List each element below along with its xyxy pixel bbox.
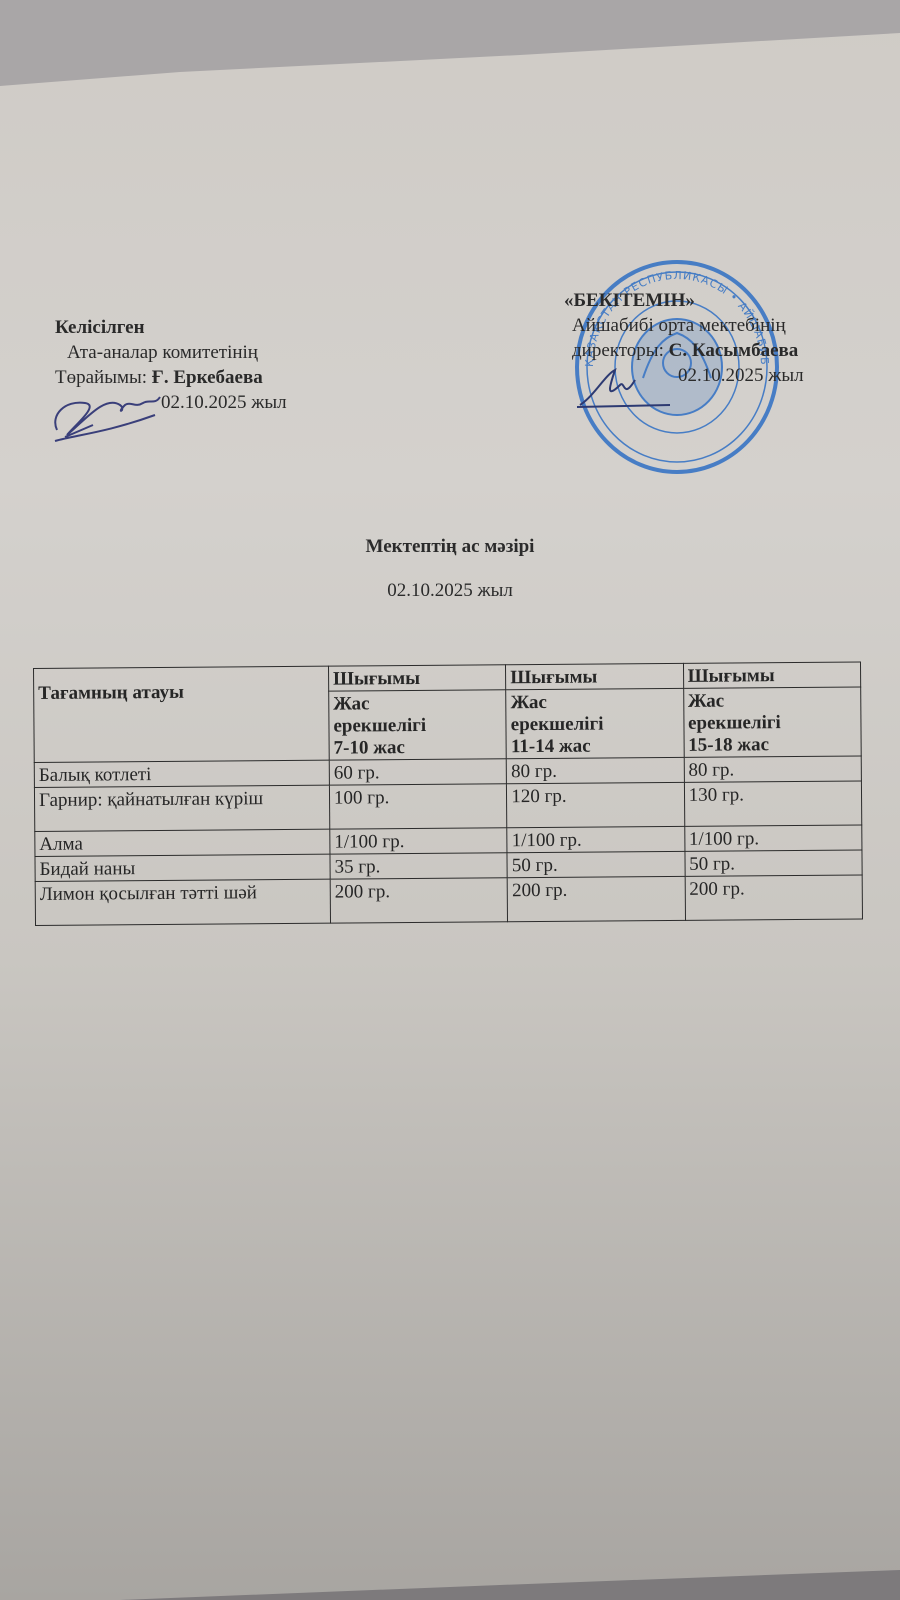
menu-table: Тағамның атауы Шығымы Шығымы Шығымы Жасе… [33,661,863,925]
dish-name: Балық котлеті [34,760,329,787]
dish-amount: 80 гр. [507,757,685,783]
school-line: Айшабибі орта мектебінің [572,313,804,338]
dish-amount: 1/100 гр. [507,826,685,852]
dish-amount: 50 гр. [507,851,685,877]
dish-name: Гарнир: қайнатылған күріш [34,785,329,831]
dish-amount: 1/100 гр. [684,825,862,851]
dish-name: Алма [35,829,330,856]
approved-heading: «БЕКІТЕМІН» [564,288,804,313]
header-age-group: Жасерекшелігі15-18 жас [683,687,861,757]
document-title: Мектептің ас мәзірі [0,536,900,558]
header-yield: Шығымы [506,663,684,689]
director-label: директоры: [572,340,664,361]
header-yield: Шығымы [328,665,506,691]
table-row: Гарнир: қайнатылған күріш 100 гр. 120 гр… [34,781,861,831]
dish-amount: 200 гр. [507,876,685,921]
director-name: С. Касымбаева [669,340,799,361]
dish-amount: 200 гр. [330,878,508,923]
header-dish-name: Тағамның атауы [34,666,330,762]
agreed-heading: Келісілген [55,315,287,340]
header-yield: Шығымы [683,662,861,688]
dish-amount: 50 гр. [685,850,863,876]
document-date: 02.10.2025 жыл [0,580,900,602]
director-line: директоры: С. Касымбаева [572,338,804,363]
dish-amount: 100 гр. [329,784,507,829]
chairperson-name: Ғ. Еркебаева [152,367,263,388]
dish-amount: 130 гр. [684,781,862,826]
dish-amount: 35 гр. [330,853,508,879]
dish-amount: 80 гр. [684,756,862,782]
table-row: Лимон қосылған тәтті шәй 200 гр. 200 гр.… [35,875,862,925]
dish-amount: 60 гр. [329,759,507,785]
signature-icon [575,365,675,410]
header-age-group: Жасерекшелігі11-14 жас [506,688,684,758]
committee-line: Ата-аналар комитетінің [55,340,287,365]
dish-amount: 120 гр. [507,782,685,827]
dish-amount: 200 гр. [685,875,863,920]
signature-icon [45,375,165,445]
dish-name: Бидай наны [35,854,330,881]
dish-amount: 1/100 гр. [330,828,508,854]
header-age-group: Жасерекшелігі7-10 жас [329,690,507,760]
dish-name: Лимон қосылған тәтті шәй [35,879,330,925]
